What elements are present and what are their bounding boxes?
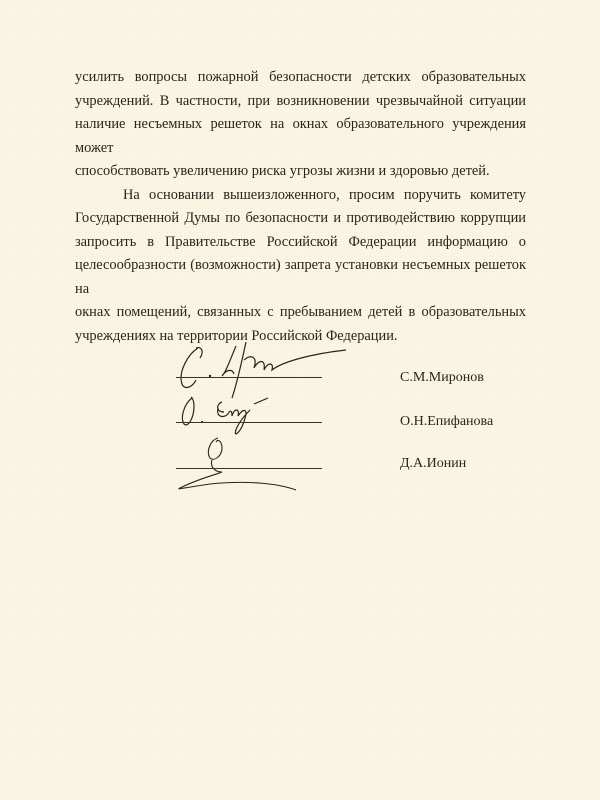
signature-line bbox=[176, 468, 322, 469]
signatory-name: Д.А.Ионин bbox=[400, 456, 466, 472]
letter-body: усилить вопросы пожарной безопасности де… bbox=[75, 66, 526, 348]
text-line: На основании вышеизложенного, просим пор… bbox=[75, 184, 526, 208]
signatory-name: С.М.Миронов bbox=[400, 370, 484, 386]
signature-line bbox=[176, 422, 322, 423]
text-line: учреждений. В частности, при возникновен… bbox=[75, 90, 526, 114]
text-line: целесообразности (возможности) запрета у… bbox=[75, 254, 526, 301]
text-line: окнах помещений, связанных с пребыванием… bbox=[75, 301, 526, 325]
text-line: Государственной Думы по безопасности и п… bbox=[75, 207, 526, 231]
paragraph-1: усилить вопросы пожарной безопасности де… bbox=[75, 66, 526, 184]
paragraph-2: На основании вышеизложенного, просим пор… bbox=[75, 184, 526, 349]
signature-epifanova-icon bbox=[170, 388, 370, 438]
signature-ionin-icon bbox=[170, 434, 370, 494]
text-line: наличие несъемных решеток на окнах образ… bbox=[75, 113, 526, 160]
signature-line bbox=[176, 377, 322, 378]
text-line: способствовать увеличению риска угрозы ж… bbox=[75, 160, 526, 184]
signatory-name: О.Н.Епифанова bbox=[400, 414, 493, 430]
text-line: запросить в Правительстве Российской Фед… bbox=[75, 231, 526, 255]
text-line: усилить вопросы пожарной безопасности де… bbox=[75, 66, 526, 90]
